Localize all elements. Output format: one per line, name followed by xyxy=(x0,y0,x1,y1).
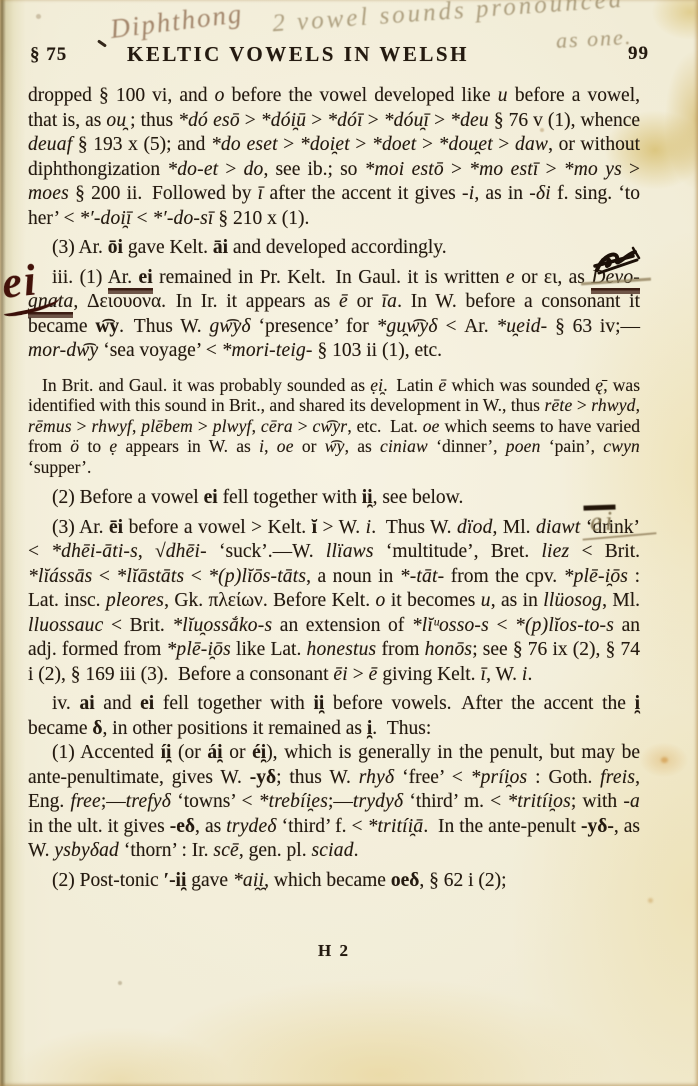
running-head: § 75 KELTIC VOWELS IN WELSH 99 xyxy=(28,42,670,66)
foxing-speck xyxy=(661,757,668,763)
foxing-speck xyxy=(648,898,653,903)
paragraph: (1) Accented íi̯ (or ái̯ or éi̯), which … xyxy=(28,741,640,864)
right-margin-pencil-note: ei xyxy=(589,506,616,538)
left-margin-ink-note: ei xyxy=(0,254,40,308)
paragraph: (2) Post-tonic ′-ii̯ gave *ai̯i̯, which … xyxy=(28,869,640,894)
foxing-speck xyxy=(118,981,122,985)
paragraph-small-type: In Brit. and Gaul. it was probably sound… xyxy=(28,375,640,478)
paragraph: dropped § 100 vi, and o before the vowel… xyxy=(28,84,640,231)
book-page-scan: Diphthong 2 vowel sounds pronounced as o… xyxy=(0,0,698,1086)
foxing-speck xyxy=(540,128,544,132)
paragraph: (3) Ar. ēi before a vowel > Kelt. ĭ > W.… xyxy=(28,516,640,688)
text-block: dropped § 100 vi, and o before the vowel… xyxy=(28,84,640,893)
paragraph: iv. ai and ei fell together with ii̯ bef… xyxy=(28,692,640,741)
foxing-speck xyxy=(36,14,41,19)
paragraph: iii. (1) Ar. ei remained in Pr. Kelt. In… xyxy=(28,266,640,364)
section-number: § 75 xyxy=(30,44,67,66)
right-margin-note-text: ei xyxy=(589,506,616,537)
printers-signature: H 2 xyxy=(28,941,640,961)
page-title: KELTIC VOWELS IN WELSH xyxy=(98,42,498,67)
handwritten-top-note-word: Diphthong xyxy=(109,0,245,45)
paragraph: (3) Ar. ōi gave Kelt. āi and developed a… xyxy=(28,236,640,261)
right-margin-ink-scribble xyxy=(593,244,645,284)
paragraph: (2) Before a vowel ei fell together with… xyxy=(28,486,640,511)
page-number: 99 xyxy=(628,43,649,65)
